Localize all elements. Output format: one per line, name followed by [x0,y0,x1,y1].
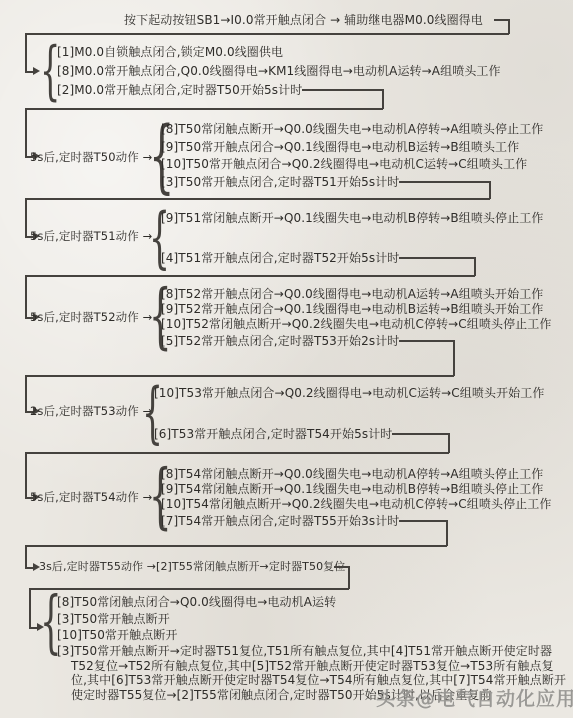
connector-line [25,275,475,277]
flow-item: [8]M0.0常开触点闭合,Q0.0线圈得电→KM1线圈得电→电动机A运转→A组… [57,64,501,78]
connector-line [25,33,27,72]
connector-line [25,452,27,498]
flow-item: [9]T50常开触点闭合→Q0.1线圈得电→电动机B运转→B组喷头工作 [161,140,519,154]
connector-line [29,627,37,629]
flow-item: [2]M0.0常开触点闭合,定时器T50开始5s计时 [57,83,302,97]
connector-line [25,375,27,412]
connector-line [25,567,33,569]
connector-line [446,520,448,546]
flow-item: [8]T52常开触点闭合→Q0.0线圈得电→电动机A运转→A组喷头开始工作 [161,287,543,301]
flow-item: [10]T50常开触点闭合→Q0.2线圈得电→电动机C运转→C组喷头工作 [161,157,527,171]
timer-step-label: 5s后,定时器T50动作 → [30,150,152,164]
flow-item: [10]T53常开触点闭合→Q0.2线圈得电→电动机C运转→C组喷头开始工作 [154,386,545,400]
flow-item: [4]T51常开触点闭合,定时器T52开始5s计时 [161,251,399,265]
timer-step-label: 2s后,定时器T53动作 → [30,404,152,418]
connector-line [25,108,383,110]
flow-item: [10]T54常闭触点断开→Q0.2线圈失电→电动机C停转→C组喷头停止工作 [161,497,552,511]
connector-line [399,257,474,259]
flow-item: [8]T54常闭触点断开→Q0.0线圈失电→电动机A停转→A组喷头停止工作 [161,467,543,481]
flow-item: [3]T50常开触点闭合,定时器T51开始5s计时 [161,175,399,189]
timer-step-label: 5s后,定时器T54动作 → [30,490,152,504]
flow-item: [1]M0.0自锁触点闭合,锁定M0.0线圈供电 [57,45,283,59]
timer-step-label: 5s后,定时器T52动作 → [30,310,152,324]
connector-line [348,566,350,589]
flow-item: [10]T50常开触点断开 [57,628,178,642]
connector-line [25,275,27,318]
connector-line [474,257,476,276]
arrow-right-icon [33,67,40,75]
connector-line [453,340,455,376]
connector-line [29,588,349,590]
connector-line [25,71,33,73]
connector-line [399,520,446,522]
connector-line [302,89,382,91]
diagram-title: 按下起动按钮SB1→I0.0常开触点闭合 → 辅助继电器M0.0线圈得电 [124,13,483,27]
flow-item: [9]T54常闭触点断开→Q0.1线圈失电→电动机B停转→B组喷头停止工作 [161,482,543,496]
flow-item: [5]T52常开触点闭合,定时器T53开始2s计时 [161,334,399,348]
connector-line [448,433,450,453]
flow-item: [8]T50常闭触点断开→Q0.0线圈失电→电动机A停转→A组喷头停止工作 [161,122,543,136]
connector-line [25,545,447,547]
connector-line [399,181,489,183]
connector-line [25,108,27,157]
connector-line [399,340,453,342]
connector-line [25,198,27,237]
connector-line [494,19,508,21]
connector-line [25,452,449,454]
connector-line [392,433,448,435]
flow-item: [8]T50常闭触点闭合→Q0.0线圈得电→电动机A运转 [57,595,336,609]
connector-line [489,181,491,199]
flow-item: [6]T53常开触点闭合,定时器T54开始5s计时 [154,427,392,441]
connector-line [382,89,384,109]
flow-item: [10]T52常闭触点断开→Q0.2线圈失电→电动机C停转→C组喷头停止工作 [161,317,552,331]
connector-line [25,375,454,377]
connector-line [508,19,510,34]
connector-line [25,198,490,200]
flow-item: [9]T51常闭触点断开→Q0.1线圈失电→电动机B停转→B组喷头停止工作 [161,211,543,225]
timer-step-label: 5s后,定时器T51动作 → [30,229,152,243]
flow-item: [9]T52常开触点闭合→Q0.1线圈得电→电动机B运转→B组喷头开始工作 [161,302,543,316]
flow-item: [3]T50常开触点断开 [57,612,170,626]
connector-line [25,545,27,568]
flow-item: [7]T54常开触点闭合,定时器T55开始3s计时 [161,514,399,528]
connector-line [334,566,348,568]
connector-line [25,33,509,35]
watermark-text: 头条@电气自动化应用 [376,684,573,711]
timer-step-label: 3s后,定时器T55动作 →[2]T55常闭触点断开→定时器T50复位 [39,560,345,574]
connector-line [29,588,31,628]
flow-diagram-page: 按下起动按钮SB1→I0.0常开触点闭合 → 辅助继电器M0.0线圈得电 { [… [0,0,573,718]
